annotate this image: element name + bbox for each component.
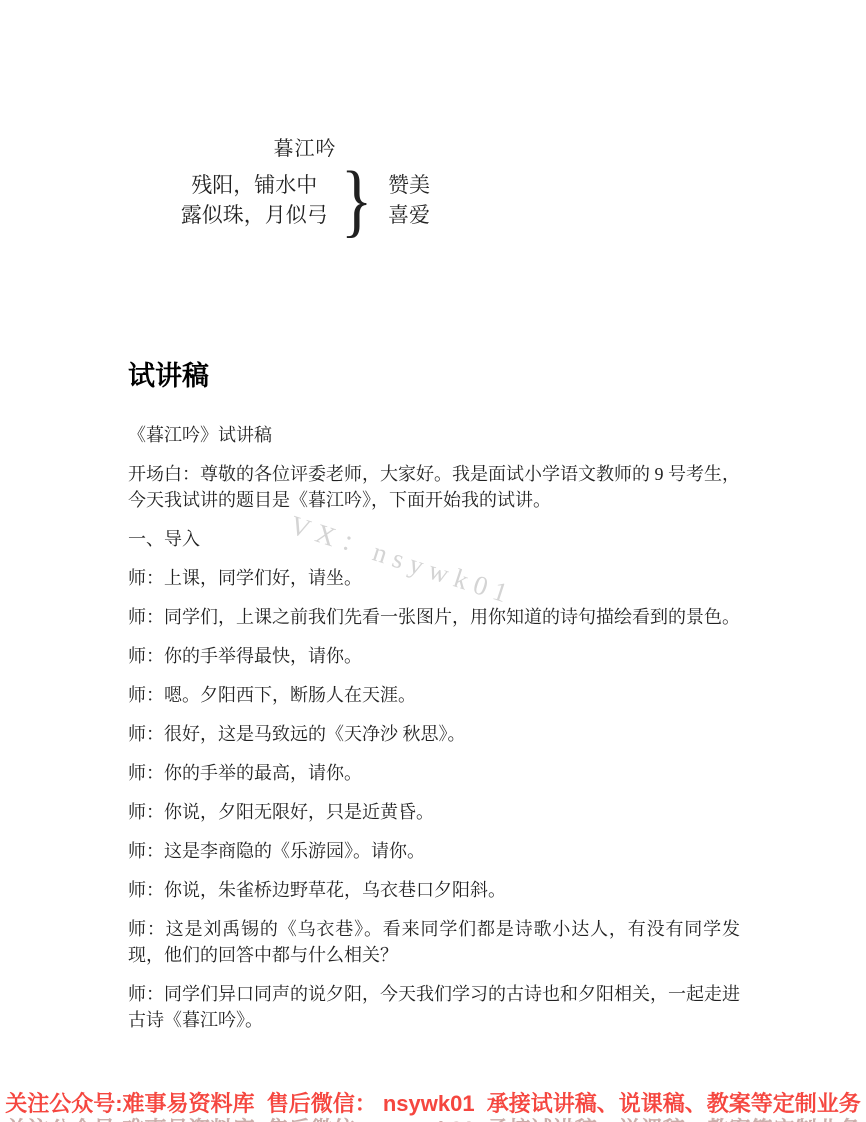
body-paragraph: 师：你的手举得最快，请你。 [128, 643, 740, 669]
poem-line: 露似珠，月似弓 [180, 200, 329, 230]
body-paragraph: 师：同学们异口同声的说夕阳，今天我们学习的古诗也和夕阳相关，一起走进古诗《暮江吟… [128, 981, 740, 1033]
section-heading: 一、导入 [128, 526, 740, 552]
document-page: 暮江吟 残阳，铺水中 露似珠，月似弓 } 赞美 喜爱 VX：nsywk01 试讲… [0, 0, 866, 1122]
poem-line: 残阳，铺水中 [180, 170, 329, 200]
poem-lines: 残阳，铺水中 露似珠，月似弓 [180, 170, 329, 230]
poem-annotation-label: 赞美 [388, 170, 430, 200]
poem-annotation-labels: 赞美 喜爱 [388, 170, 430, 230]
body-paragraph: 师：这是李商隐的《乐游园》。请你。 [128, 838, 740, 864]
footer-banner: 关注公众号:难事易资料库 售后微信： nsywk01 承接试讲稿、说课稿、教案等… [0, 1090, 866, 1117]
poem-title: 暮江吟 [180, 136, 430, 162]
body-paragraph: 师：同学们，上课之前我们先看一张图片，用你知道的诗句描绘看到的景色。 [128, 604, 740, 630]
body-paragraph: 师：上课，同学们好，请坐。 [128, 565, 740, 591]
body-paragraph: 师：这是刘禹锡的《乌衣巷》。看来同学们都是诗歌小达人，有没有同学发现，他们的回答… [128, 916, 740, 968]
doc-subtitle: 《暮江吟》试讲稿 [128, 422, 740, 448]
blackboard-diagram: 暮江吟 残阳，铺水中 露似珠，月似弓 } 赞美 喜爱 [180, 136, 430, 230]
poem-annotation-label: 喜爱 [388, 200, 430, 230]
body-paragraph: 师：你说，朱雀桥边野草花，乌衣巷口夕阳斜。 [128, 877, 740, 903]
document-content: 试讲稿 《暮江吟》试讲稿 开场白：尊敬的各位评委老师，大家好。我是面试小学语文教… [128, 356, 740, 1046]
body-paragraph: 开场白：尊敬的各位评委老师，大家好。我是面试小学语文教师的 9 号考生，今天我试… [128, 461, 740, 513]
body-paragraph: 师：嗯。夕阳西下，断肠人在天涯。 [128, 682, 740, 708]
body-paragraph: 师：很好，这是马致远的《天净沙 秋思》。 [128, 721, 740, 747]
page-title: 试讲稿 [128, 356, 740, 396]
poem-diagram-row: 残阳，铺水中 露似珠，月似弓 } 赞美 喜爱 [180, 170, 430, 230]
body-paragraph: 师：你说，夕阳无限好，只是近黄昏。 [128, 799, 740, 825]
brace-icon: } [341, 170, 372, 230]
footer-banner-clipped-repeat: 关注公众号:难事易资料库 售后微信： nsywk01 承接试讲稿、说课稿、教案等… [0, 1116, 866, 1122]
body-paragraph: 师：你的手举的最高，请你。 [128, 760, 740, 786]
